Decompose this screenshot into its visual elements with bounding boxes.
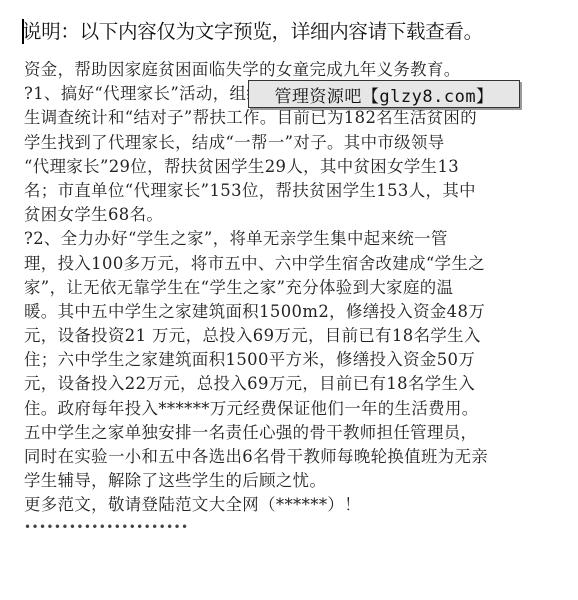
paragraph-line: 住；六中学生之家建筑面积1500平方米，修缮投入资金50万 [24, 348, 564, 372]
paragraph-line: 学生辅导，解除了这些学生的后顾之忧。 [24, 469, 564, 493]
paragraph-line: 学生找到了代理家长，结成“一帮一”对子。其中市级领导 [24, 131, 564, 155]
paragraph-line: 住。政府每年投入******万元经费保证他们一年的生活费用。 [24, 397, 564, 421]
paragraph-line: 五中学生之家单独安排一名责任心强的骨干教师担任管理员， [24, 421, 564, 445]
paragraph-line: 家”，让无依无靠学生在“学生之家”充分体验到大家庭的温 [24, 276, 564, 300]
paragraph-line: 理，投入100多万元，将市五中、六中学生宿舍改建成“学生之 [24, 252, 564, 276]
paragraph-line: “代理家长”29位，帮扶贫困学生29人，其中贫困女学生13 [24, 155, 564, 179]
document-body: 资金，帮助因家庭贫困面临失学的女童完成九年义务教育。 ?1、搞好“代理家长”活动… [24, 58, 564, 534]
paragraph-line: 暖。其中五中学生之家建筑面积1500m2，修缮投入资金48万 [24, 300, 564, 324]
watermark-banner: 管理资源吧【glzy8.com】 [248, 80, 520, 108]
paragraph-line: 生调查统计和“结对子”帮扶工作。目前已为182名生活贫困的 [24, 106, 564, 130]
dotted-separator: •••••••••••••••••••••• [24, 520, 564, 534]
paragraph-line: 元，设备投入22万元，总投入69万元，目前已有18名学生入 [24, 372, 564, 396]
paragraph-line: ?2、全力办好“学生之家”，将单无亲学生集中起来统一管 [24, 227, 564, 251]
paragraph-line: 同时在实验一小和五中各选出6名骨干教师每晚轮换值班为无亲 [24, 445, 564, 469]
paragraph-line: 更多范文，敬请登陆范文大全网（******）！ [24, 493, 564, 517]
paragraph-line: 贫困女学生68名。 [24, 203, 564, 227]
paragraph-line: 资金，帮助因家庭贫困面临失学的女童完成九年义务教育。 [24, 58, 564, 82]
paragraph-line: 元，设备投资21 万元，总投入69万元，目前已有18名学生入 [24, 324, 564, 348]
preview-notice: 说明：以下内容仅为文字预览，详细内容请下载查看。 [22, 18, 483, 46]
paragraph-line: 名；市直单位“代理家长”153位，帮扶贫困学生153人，其中 [24, 179, 564, 203]
